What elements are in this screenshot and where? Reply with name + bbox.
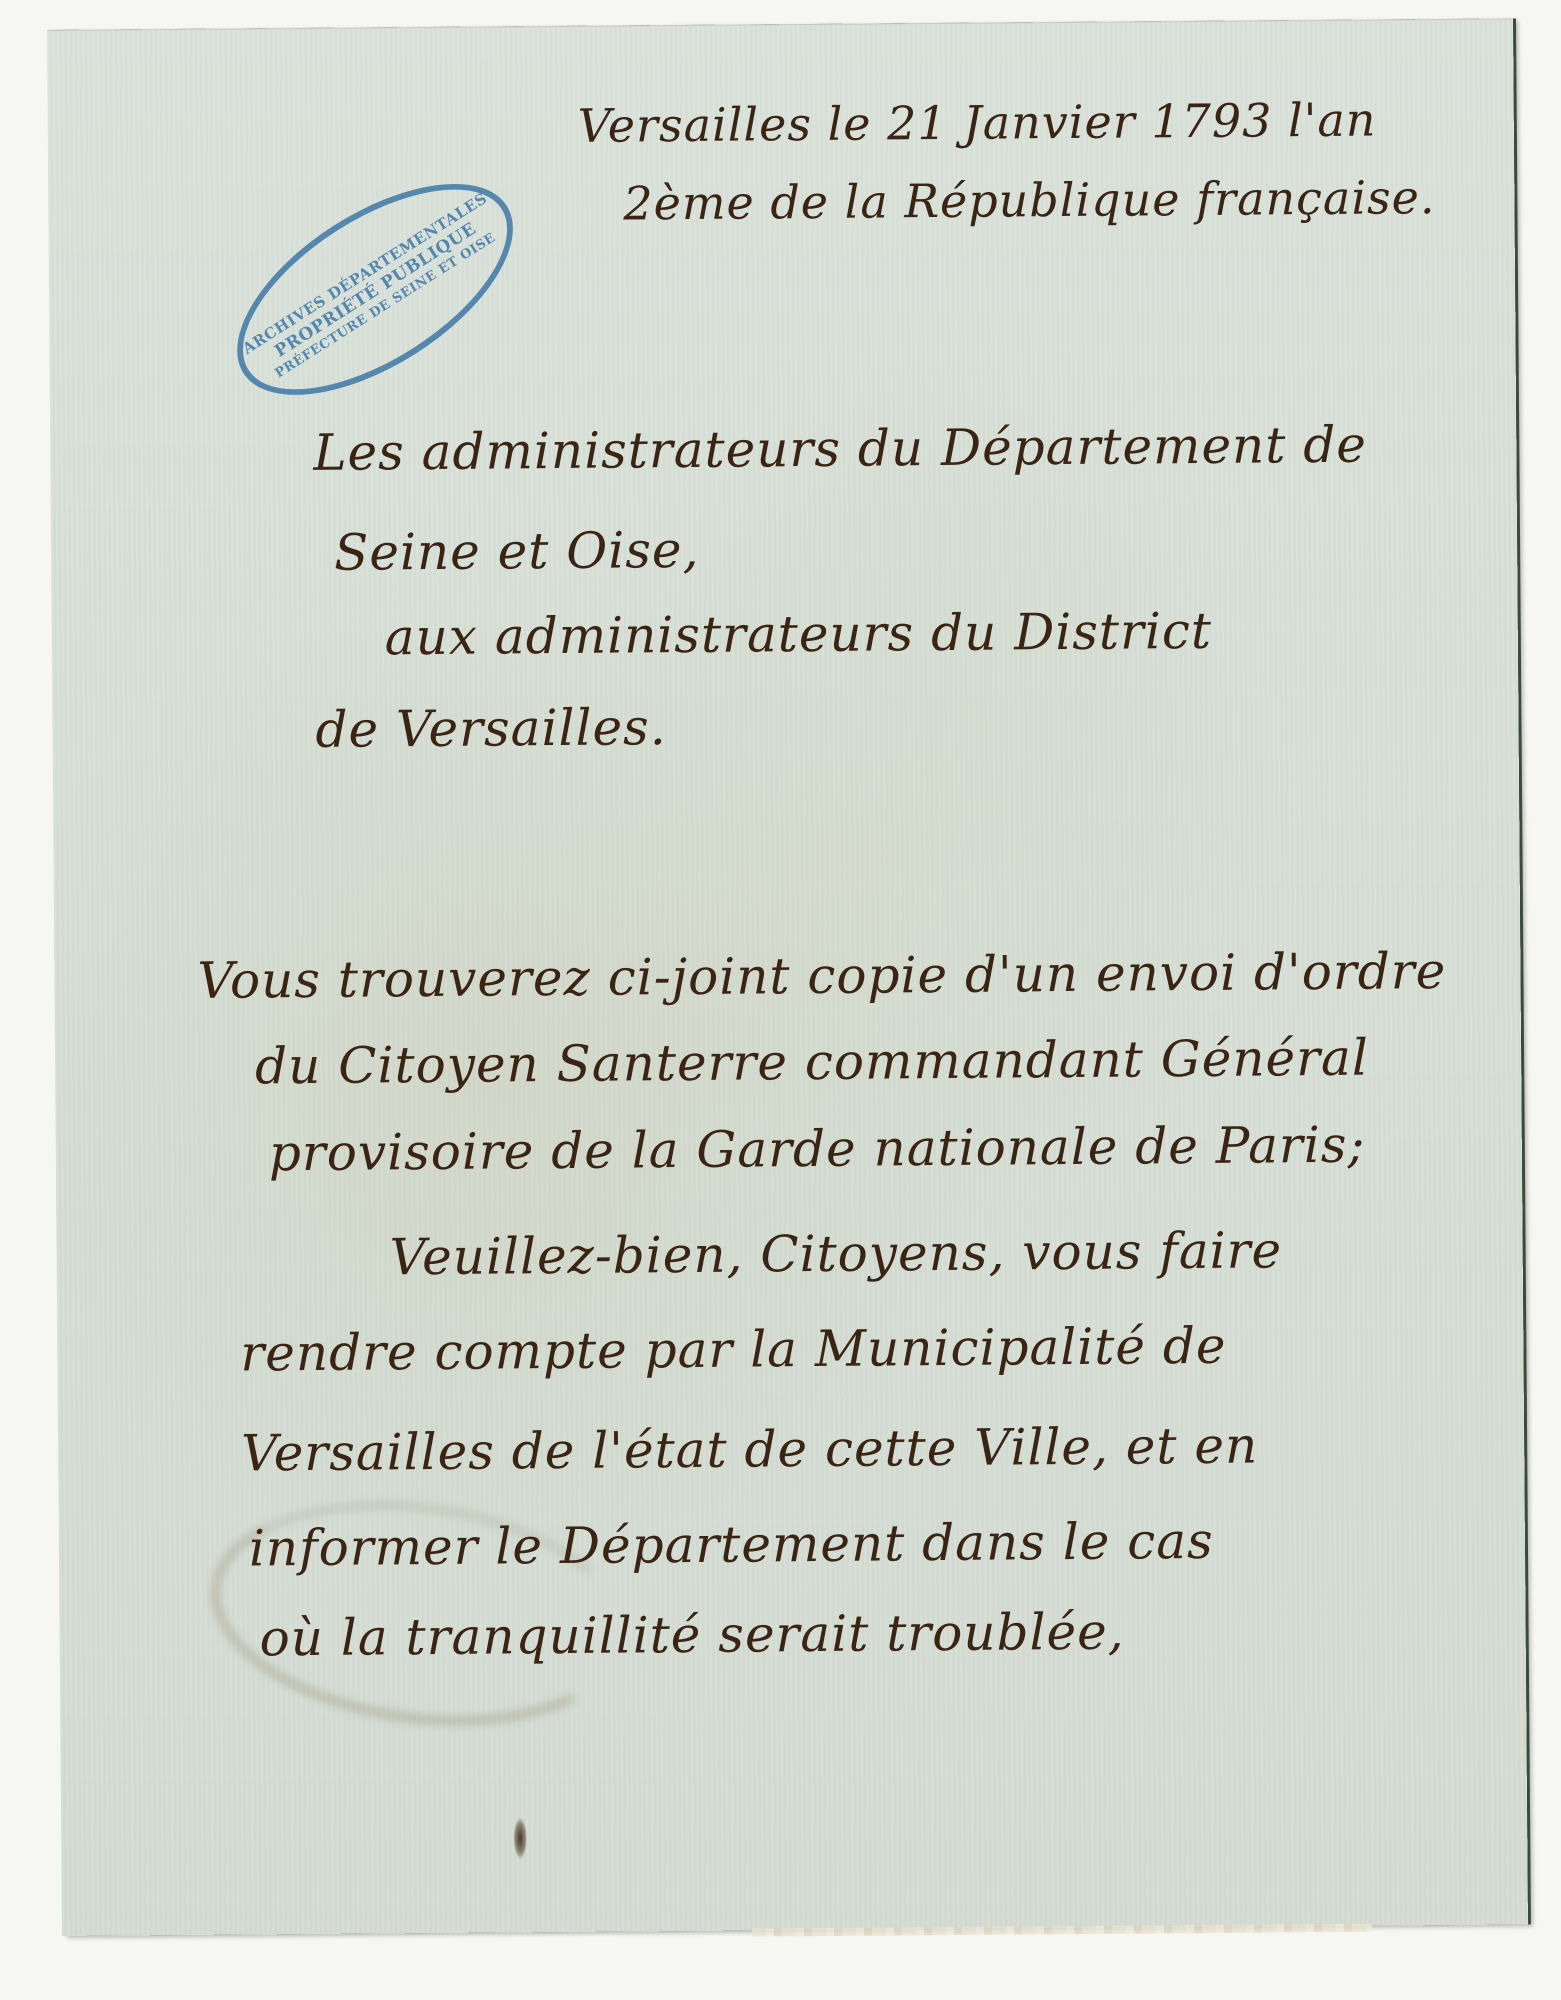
dateline-1: Versailles le 21 Janvier 1793 l'an <box>578 93 1377 153</box>
address-line-1: Les administrateurs du Département de <box>313 416 1367 482</box>
body-line-3: provisoire de la Garde nationale de Pari… <box>269 1116 1366 1183</box>
body-line-8: où la tranquillité serait troublée, <box>259 1603 1124 1668</box>
torn-bottom-edge <box>752 1924 1372 1937</box>
body-line-1: Vous trouverez ci-joint copie d'un envoi… <box>197 942 1446 1010</box>
stamp-line-2: PROPRIÉTÉ PUBLIQUE <box>271 219 480 363</box>
archive-stamp: ARCHIVES DÉPARTEMENTALES PROPRIÉTÉ PUBLI… <box>203 142 548 438</box>
address-line-2: Seine et Oise, <box>334 521 700 582</box>
body-line-6: Versailles de l'état de cette Ville, et … <box>241 1417 1258 1483</box>
dateline-2: 2ème de la République française. <box>623 170 1436 230</box>
address-line-3: aux administrateurs du District <box>385 602 1213 666</box>
stamp-line-1: ARCHIVES DÉPARTEMENTALES <box>239 189 490 358</box>
ink-blot <box>513 1817 527 1859</box>
body-line-2: du Citoyen Santerre commandant Général <box>255 1029 1369 1096</box>
body-line-4: Veuillez-bien, Citoyens, vous faire <box>389 1221 1282 1286</box>
body-line-7: informer le Département dans le cas <box>249 1512 1214 1578</box>
letter-page: ARCHIVES DÉPARTEMENTALES PROPRIÉTÉ PUBLI… <box>47 18 1528 1935</box>
body-line-5: rendre compte par la Municipalité de <box>240 1317 1226 1383</box>
address-line-4: de Versailles. <box>315 698 667 759</box>
